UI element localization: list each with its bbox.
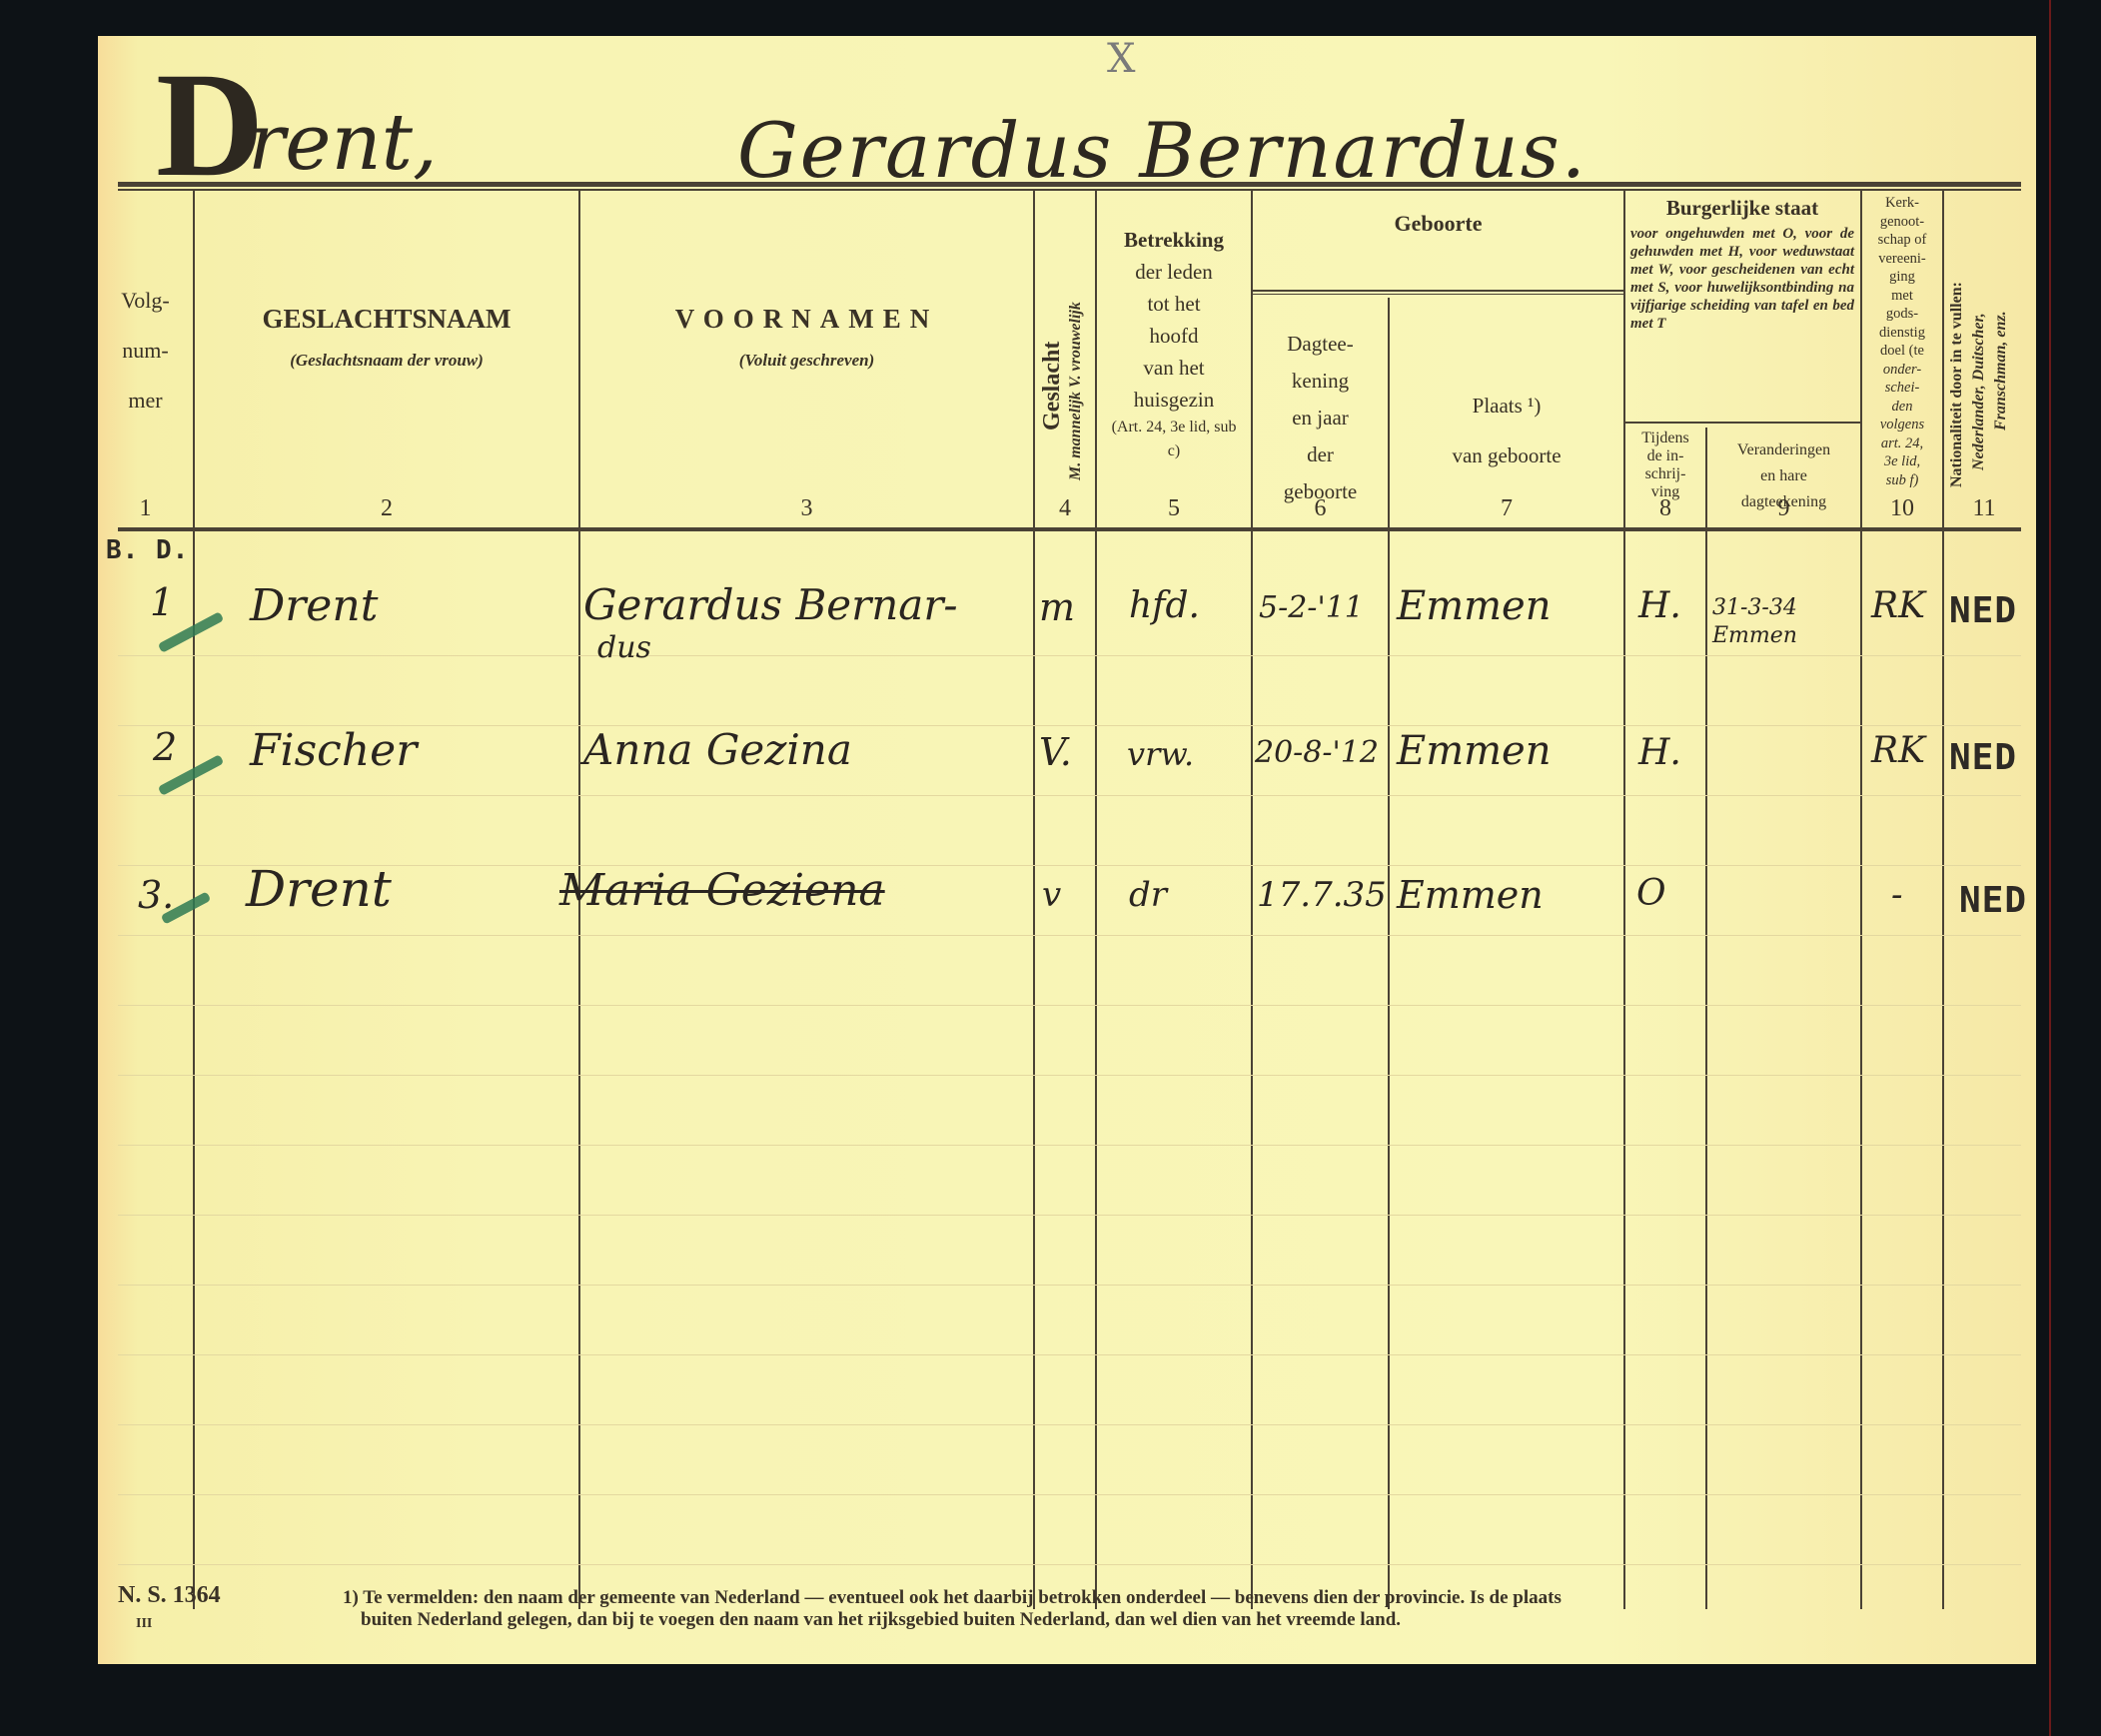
header-text: art. 24,: [1862, 434, 1942, 453]
sex-cell: V.: [1039, 730, 1072, 774]
header-text: der leden: [1097, 256, 1251, 288]
header-text: schei-: [1862, 379, 1942, 398]
changes-place: Emmen: [1712, 623, 1797, 648]
column-number: 11: [1944, 495, 2024, 522]
top-rule-thin: [118, 189, 2021, 191]
header-text: voor ongehuwden met O, voor de gehuwden …: [1630, 225, 1854, 333]
burgerlijke-subrule: [1625, 422, 1860, 424]
column-divider: [1388, 298, 1390, 1609]
stamp-bd: B. D.: [106, 535, 189, 565]
header-text: ging: [1862, 268, 1942, 287]
ruled-line: [118, 865, 2021, 866]
header-title: VOORNAMEN: [580, 304, 1033, 335]
column-divider: [1033, 191, 1035, 1609]
header-text: Betrekking: [1097, 224, 1251, 256]
header-text: van geboorte: [1390, 431, 1623, 480]
header-voornamen: VOORNAMEN (Voluit geschreven): [580, 304, 1033, 371]
geboorte-subrule-thin: [1253, 294, 1623, 295]
ruled-line: [118, 1494, 2021, 1495]
ruled-line: [118, 1354, 2021, 1355]
changes-cell: 31-3-34: [1712, 595, 1797, 620]
scan-edge-line: [2049, 0, 2051, 1736]
header-text: Kerk-: [1862, 194, 1942, 213]
header-text: dienstig: [1862, 324, 1942, 343]
header-text: Veranderingen: [1707, 437, 1860, 463]
ruled-line: [118, 1145, 2021, 1146]
header-text: de in-: [1625, 447, 1705, 465]
top-rule: [118, 182, 2021, 187]
header-nationaliteit: Nationaliteit door in te vullen:: [1948, 282, 1966, 487]
header-text: van het: [1097, 352, 1251, 384]
header-tijdens: Tijdens de in- schrij- ving: [1625, 430, 1705, 501]
header-text: vereeni-: [1862, 250, 1942, 269]
header-geslachtsnaam: GESLACHTSNAAM (Geslachtsnaam der vrouw): [195, 304, 578, 371]
header-burgerlijke-staat: Burgerlijke staat voor ongehuwden met O,…: [1630, 196, 1854, 333]
header-text: den: [1862, 398, 1942, 417]
header-text: schap of: [1862, 231, 1942, 250]
header-text: huisgezin: [1097, 384, 1251, 416]
form-sub-code: III: [136, 1616, 152, 1632]
status-cell: O: [1636, 873, 1666, 914]
birth-place-cell: Emmen: [1397, 728, 1552, 774]
header-text: Tijdens: [1625, 430, 1705, 447]
header-text: hoofd: [1097, 320, 1251, 352]
column-number: 2: [195, 495, 578, 522]
header-text: doel (te: [1862, 342, 1942, 361]
ruled-line: [118, 1215, 2021, 1216]
geboorte-subrule: [1253, 290, 1623, 292]
given-names-cell: Anna Gezina: [583, 725, 852, 774]
header-text: num-: [98, 326, 193, 376]
header-geslacht: Geslacht: [1039, 342, 1066, 431]
header-text: Plaats ¹): [1390, 381, 1623, 431]
relation-cell: hfd.: [1129, 585, 1200, 626]
surname-cell: Fischer: [250, 725, 417, 776]
column-number: 5: [1097, 495, 1251, 522]
column-number: 4: [1035, 495, 1095, 522]
church-cell: RK: [1871, 585, 1925, 626]
surname-cell: Drent: [246, 860, 392, 918]
column-number: 3: [580, 495, 1033, 522]
row-number: 2: [153, 725, 177, 769]
birth-place-cell: Emmen: [1397, 583, 1552, 629]
header-text: der: [1253, 436, 1388, 473]
column-number: 1: [98, 495, 193, 522]
corner-x-mark: X: [1107, 36, 1135, 82]
birth-date-cell: 20-8-'12: [1255, 735, 1379, 770]
ruled-line: [118, 935, 2021, 936]
given-names-cell-struck: Maria Geziena: [559, 865, 885, 916]
sex-cell: m: [1039, 585, 1075, 629]
header-title: Burgerlijke staat: [1630, 196, 1854, 221]
ruled-line: [118, 1075, 2021, 1076]
header-text: mer: [98, 376, 193, 426]
header-text: schrij-: [1625, 465, 1705, 483]
column-number: 7: [1390, 495, 1623, 522]
ruled-line: [118, 655, 2021, 656]
header-subtitle: (Geslachtsnaam der vrouw): [195, 351, 578, 371]
header-geboorte: Geboorte: [1253, 211, 1623, 237]
header-text: kening: [1253, 363, 1388, 400]
header-text: Volg-: [98, 276, 193, 326]
row-number: 1: [150, 580, 174, 624]
nationality-stamp: NED: [1949, 737, 2017, 778]
sex-cell: v: [1042, 875, 1061, 915]
header-text: Dagtee-: [1253, 326, 1388, 363]
relation-cell: dr: [1129, 875, 1167, 915]
column-divider: [1705, 428, 1707, 1609]
status-cell: H.: [1638, 585, 1681, 626]
registration-card: X D rent, Gerardus Bernardus. Volg- num-…: [98, 36, 2036, 1664]
ruled-line: [118, 1285, 2021, 1286]
column-number: 6: [1253, 495, 1388, 522]
header-subtitle: (Voluit geschreven): [580, 351, 1033, 371]
header-text: tot het: [1097, 288, 1251, 320]
column-divider: [1623, 191, 1625, 1609]
given-names-cell: Gerardus Bernar-: [583, 580, 958, 629]
header-text: gods-: [1862, 305, 1942, 324]
header-text: met: [1862, 287, 1942, 306]
header-geslacht-sub: M. mannelijk V. vrouwelijk: [1067, 302, 1085, 480]
nationality-stamp: NED: [1959, 880, 2027, 921]
ruled-line: [118, 1005, 2021, 1006]
column-divider: [1942, 191, 1944, 1609]
column-number: 10: [1862, 495, 1942, 522]
header-text: genoot-: [1862, 213, 1942, 232]
header-nationaliteit-sub2: Franschman, enz.: [1992, 311, 2010, 431]
header-dagteekening: Dagtee- kening en jaar der geboorte: [1253, 326, 1388, 510]
footnote-line: 1) Te vermelden: den naam der gemeente v…: [343, 1587, 1921, 1609]
footnote: 1) Te vermelden: den naam der gemeente v…: [343, 1587, 1921, 1631]
birth-date-cell: 17.7.35: [1257, 875, 1387, 915]
relation-cell: vrw.: [1127, 735, 1194, 773]
header-betrekking: Betrekking der leden tot het hoofd van h…: [1097, 224, 1251, 463]
header-text: en jaar: [1253, 400, 1388, 436]
header-plaats: Plaats ¹) van geboorte: [1390, 381, 1623, 480]
header-nationaliteit-sub: Nederlander, Duitscher,: [1970, 313, 1988, 470]
header-rule: [118, 527, 2021, 531]
column-number: 9: [1707, 495, 1860, 522]
surname-cell: Drent: [250, 580, 378, 631]
nationality-stamp: NED: [1949, 590, 2017, 631]
header-text: volgens: [1862, 416, 1942, 434]
header-text: en hare: [1707, 463, 1860, 489]
footnote-line: buiten Nederland gelegen, dan bij te voe…: [343, 1609, 1921, 1631]
header-title: GESLACHTSNAAM: [195, 304, 578, 335]
header-volgnummer: Volg- num- mer: [98, 276, 193, 426]
given-names-cont: dus: [597, 630, 651, 665]
form-code: N. S. 1364: [118, 1582, 221, 1609]
church-cell: -: [1891, 875, 1903, 915]
header-text: onder-: [1862, 361, 1942, 380]
surname-title: rent,: [248, 98, 438, 188]
column-number: 8: [1625, 495, 1705, 522]
ruled-line: [118, 795, 2021, 796]
ruled-line: [118, 1424, 2021, 1425]
birth-place-cell: Emmen: [1397, 873, 1544, 917]
header-text: 3e lid,: [1862, 452, 1942, 471]
church-cell: RK: [1871, 730, 1925, 771]
birth-date-cell: 5-2-'11: [1259, 590, 1364, 625]
status-cell: H.: [1638, 732, 1681, 773]
ruled-line: [118, 1564, 2021, 1565]
header-note: (Art. 24, 3e lid, sub c): [1097, 416, 1251, 463]
header-text: sub f): [1862, 471, 1942, 490]
header-kerkgenootschap: Kerk- genoot- schap of vereeni- ging met…: [1862, 194, 1942, 489]
